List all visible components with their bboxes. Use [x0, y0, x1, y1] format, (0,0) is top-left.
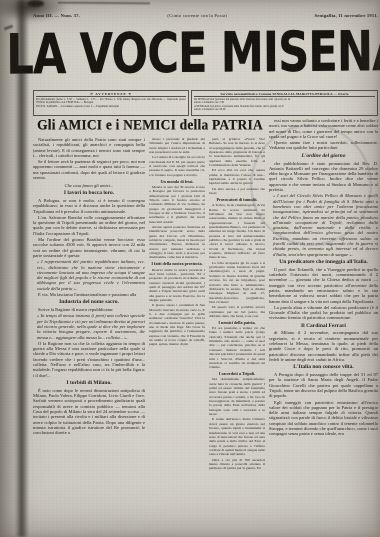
body-paragraph: O la Ragione non sa che la colletta aggi… [33, 341, 145, 378]
section-heading: L'Italia non conosce viltà. [269, 365, 378, 370]
body-paragraph: L'on. Salvatore Barzilai volle coraggios… [33, 215, 145, 236]
ink-stamp [250, 124, 372, 246]
body-paragraph: Scrive la Ragione di marca repubblicana: [33, 307, 145, 312]
transport-title: Servizio automobilistico Comune SENIGALL… [194, 92, 375, 97]
notice-line: ESCE IL SABATO — Un numero separato Cent… [36, 105, 186, 109]
body-paragraph: La Camera di Consiglio ha accolto le con… [149, 155, 205, 177]
body-paragraph: Mentre la sera del 30 ottobre scorso a B… [149, 185, 205, 224]
body-paragraph: La parola alata e vibrante del valoroso … [269, 305, 378, 321]
body-paragraph: stiano i prevenuti al giudizio del Tribu… [149, 137, 205, 154]
body-paragraph: Il nome dell'eroico Padre Umberto dovrà … [209, 417, 265, 456]
body-paragraph: Riserva anche la nostra provincia i suoi… [149, 268, 205, 303]
masthead-title: La Voce Misena [7, 19, 380, 87]
section-heading: Il Cardinal Ferrari [269, 324, 378, 329]
avvertenze-lines: Per abbonamenti (Anno L. 3,50 — Semestre… [36, 98, 186, 109]
kicker-line: Che cosa fanno gli amici... [33, 183, 145, 188]
transport-lines: Da SENIGALLIA (partenza dal piazzale del… [194, 98, 375, 112]
body-paragraph: Ed ora passiamo a vedere ciò che fanno i… [209, 326, 265, 369]
avvertenze-box: ☞ AVVERTENZE ☜ Per abbonamenti (Anno L. … [33, 90, 189, 116]
notice-line: sabato e domenica ore 18,30 [194, 108, 375, 112]
scan-streak [58, 2, 150, 5]
article-column-1: Naturalmente gli amici della Patria sono… [33, 137, 145, 522]
section-heading: I torbidi di Milano. [33, 381, 145, 386]
section-heading: I nemici della patria. [209, 321, 265, 325]
body-paragraph: Noi domandiamo semplicemente: avete lett… [209, 377, 265, 416]
section-heading: I lavori in bocca loro. [33, 191, 145, 196]
newspaper-scan-page: Anno III. — Num. 37. (Conto corrente con… [0, 0, 380, 537]
avvertenze-title-row: ☞ AVVERTENZE ☜ [36, 92, 186, 97]
section-heading: Industria del nome sacro. [33, 300, 145, 305]
body-paragraph: Egli inneggiò con patriottico entusiasmo… [269, 400, 378, 437]
body-paragraph: A Perugia dopo il passaggio delle truppe… [269, 372, 378, 398]
body-paragraph: Naturalmente gli amici della Patria sono… [33, 137, 145, 158]
body-paragraph: E via. Ma lasciamo l'antinazionalismo e … [33, 292, 145, 297]
body-paragraph: Il giorno stesso i carabinieri di San Ma… [149, 303, 205, 346]
body-paragraph: Ma l'ordine del giorno Barzilai venne bo… [33, 237, 145, 258]
body-paragraph: A Bologna, or non è molto, si è tenuto i… [33, 198, 145, 214]
scan-ink-blob [27, 0, 44, 7]
pointing-hand-left-icon: ☜ [128, 92, 132, 96]
body-paragraph: È noto come dopo le recenti dimostrazion… [33, 388, 145, 436]
body-paragraph: Il prof. don Tofanelli, che a Viareggio … [269, 267, 378, 304]
main-headline: Gli AMICI e i NEMICI della PATRIA [33, 115, 267, 133]
quote-block: « In tempo di messa iniziano (i preti) u… [37, 313, 145, 339]
avvertenze-title: AVVERTENZE [95, 92, 126, 96]
article-column-2: stiano i prevenuti al giudizio del Tribu… [149, 137, 205, 522]
notice-line: Per abbonamenti (Anno L. 3,50 — Semestre… [36, 98, 186, 105]
body-paragraph: Alcuni agenti poterono fermarne ed ident… [149, 225, 205, 260]
masthead: La Voce Misena [36, 20, 376, 86]
transport-schedule-box: Servizio automobilistico Comune SENIGALL… [191, 90, 378, 116]
body-paragraph: Oltre a ciò più di 700 sacerdoti hanno c… [209, 458, 265, 471]
section-heading: Un predicatore che inneggia all'Italia. [269, 260, 378, 265]
body-paragraph: Se il lettore avrà la pazienza di seguir… [33, 159, 145, 180]
section-heading: Un mondo di fessi. [149, 180, 205, 184]
pointing-hand-right-icon: ☞ [90, 92, 94, 96]
section-heading: I sacerdoti a Tripoli. [209, 372, 265, 376]
section-heading: I fatti della nostra provincia. [149, 262, 205, 266]
body-paragraph: di Milano il 2 novembre, accompagnato da… [269, 330, 378, 362]
body-paragraph: Di questo tono si potrebbe ancora contin… [209, 305, 265, 318]
body-paragraph: La folla inviperita gli fu sopra e il gi… [209, 261, 265, 304]
quote-block: « I rappresentanti del partito repubblic… [37, 259, 145, 291]
